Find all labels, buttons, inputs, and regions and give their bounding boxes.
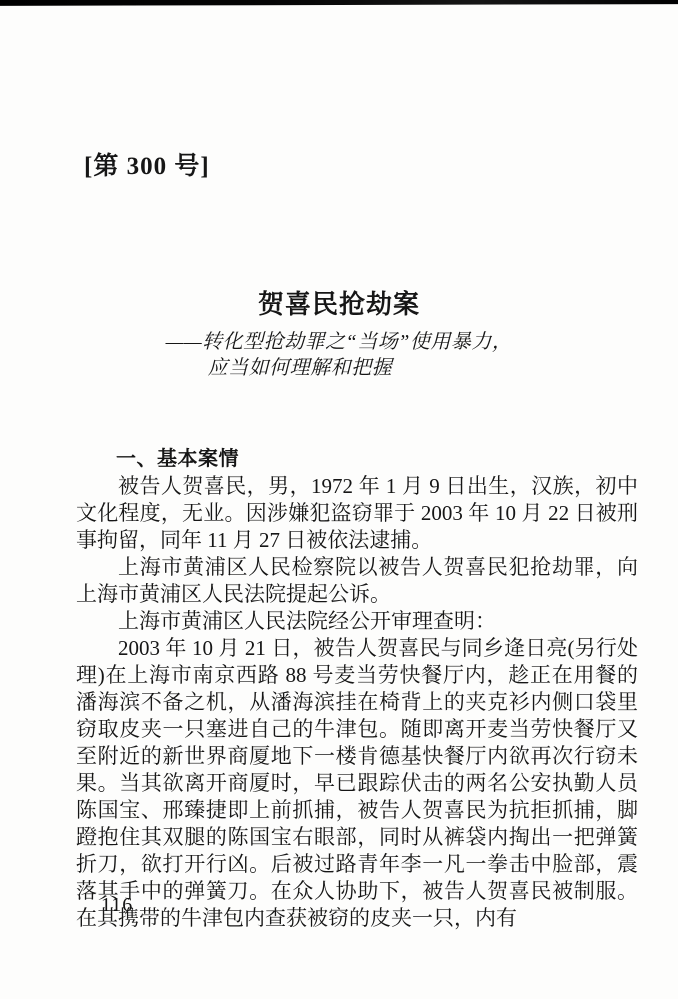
book-page: [第 300 号] 贺喜民抢劫案 ——转化型抢劫罪之“当场”使用暴力， 应当如何… xyxy=(0,0,678,999)
page-number: 116 xyxy=(101,894,133,917)
section-heading: 一、基本案情 xyxy=(76,445,638,472)
paragraph-defendant-info: 被告人贺喜民，男，1972 年 1 月 9 日出生，汉族，初中文化程度，无业。因… xyxy=(76,473,638,554)
paragraph-prosecution: 上海市黄浦区人民检察院以被告人贺喜民犯抢劫罪，向上海市黄浦区人民法院提起公诉。 xyxy=(76,554,638,608)
case-number: [第 300 号] xyxy=(84,146,210,182)
case-subtitle: ——转化型抢劫罪之“当场”使用暴力， 应当如何理解和把握 xyxy=(0,329,678,381)
case-subtitle-lines: ——转化型抢劫罪之“当场”使用暴力， 应当如何理解和把握 xyxy=(166,329,513,381)
subtitle-line-2: 应当如何理解和把握 xyxy=(166,355,513,381)
paragraph-court-finding-intro: 上海市黄浦区人民法院经公开审理查明： xyxy=(76,608,638,635)
subtitle-line-1: ——转化型抢劫罪之“当场”使用暴力， xyxy=(166,329,513,355)
scan-edge-artifact xyxy=(0,0,678,6)
case-title: 贺喜民抢劫案 xyxy=(0,284,678,321)
body-text: 一、基本案情 被告人贺喜民，男，1972 年 1 月 9 日出生，汉族，初中文化… xyxy=(76,445,638,932)
paragraph-case-facts: 2003 年 10 月 21 日，被告人贺喜民与同乡逄日亮(另行处理)在上海市南… xyxy=(76,635,638,932)
